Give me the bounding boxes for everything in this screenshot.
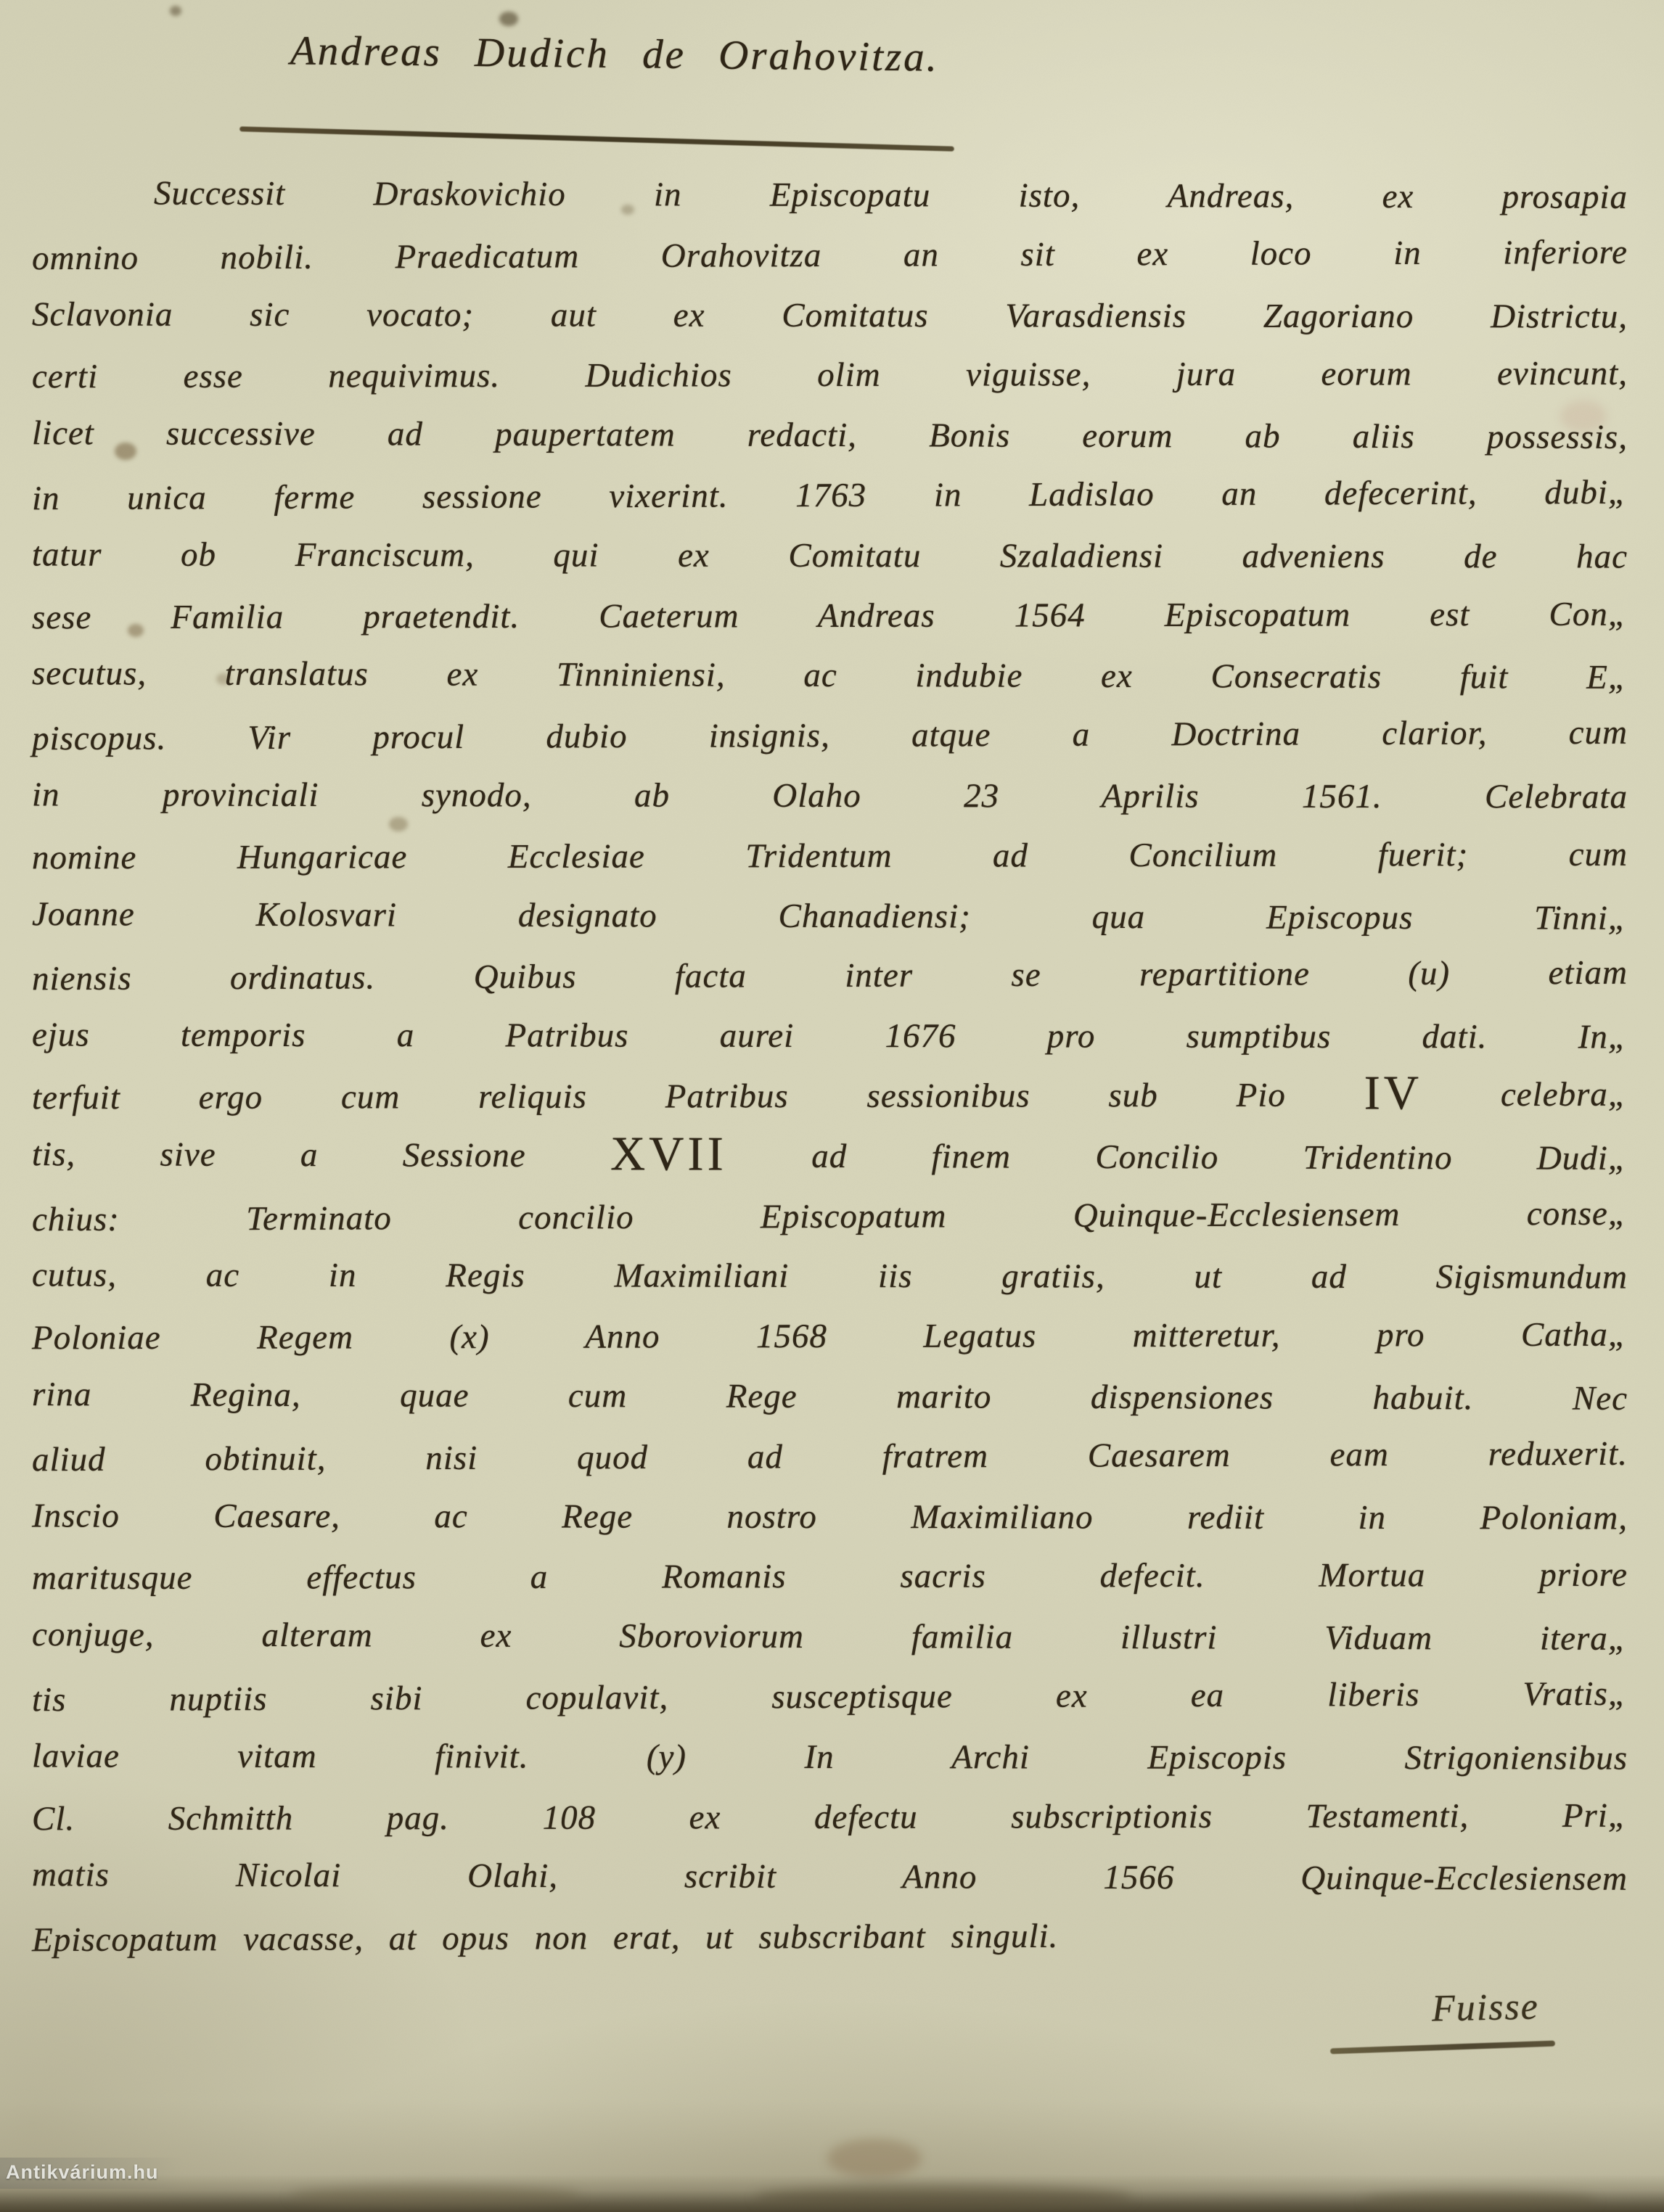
- page-edge-shadow: [290, 2186, 581, 2206]
- ink-stain: [170, 6, 181, 16]
- manuscript-body: Successit Draskovichio in Episcopatu ist…: [32, 165, 1628, 1968]
- manuscript-line: rina Regina, quae cum Rege marito dispen…: [32, 1365, 1628, 1429]
- ink-stain: [499, 12, 518, 26]
- manuscript-line: certi esse nequivimus. Dudichios olim vi…: [32, 344, 1628, 407]
- page-edge-shadow: [1364, 2192, 1597, 2211]
- manuscript-line: tis, sive a Sessione XVII ad finem Conci…: [32, 1124, 1628, 1189]
- antikvarium-watermark: Antikvárium.hu: [0, 2158, 184, 2189]
- manuscript-line: chius: Terminato concilio Episcopatum Qu…: [32, 1183, 1628, 1249]
- paper-stain: [827, 2139, 922, 2178]
- manuscript-line: in unica ferme sessione vixerint. 1763 i…: [32, 463, 1628, 529]
- manuscript-line: laviae vitam finivit. (y) In Archi Episc…: [32, 1726, 1628, 1788]
- manuscript-line: in provinciali synodo, ab Olaho 23 April…: [32, 765, 1628, 827]
- manuscript-line: maritusque effectus a Romanis sacris def…: [32, 1545, 1628, 1608]
- manuscript-line: piscopus. Vir procul dubio insignis, atq…: [32, 703, 1628, 769]
- manuscript-line: sese Familia praetendit. Caeterum Andrea…: [32, 584, 1628, 647]
- roman-numeral: IV: [1364, 1066, 1423, 1119]
- manuscript-page: Andreas Dudich de Orahovitza. Successit …: [0, 0, 1664, 2212]
- manuscript-line: tis nuptiis sibi copulavit, susceptisque…: [32, 1664, 1628, 1730]
- catchword-underline-stroke: [1330, 2041, 1555, 2055]
- manuscript-line: Successit Draskovichio in Episcopatu ist…: [32, 163, 1628, 228]
- manuscript-line: terfuit ergo cum reliquis Patribus sessi…: [32, 1065, 1628, 1128]
- manuscript-line: Inscio Caesare, ac Rege nostro Maximilia…: [32, 1486, 1628, 1548]
- manuscript-line: Episcopatum vacasse, at opus non erat, u…: [32, 1904, 1628, 1970]
- manuscript-line: licet successive ad paupertatem redacti,…: [32, 403, 1628, 468]
- roman-numeral: XVII: [610, 1127, 727, 1180]
- manuscript-line: tatur ob Franciscum, qui ex Comitatu Sza…: [32, 525, 1628, 587]
- manuscript-line: matis Nicolai Olahi, scribit Anno 1566 Q…: [32, 1845, 1628, 1909]
- manuscript-line: nomine Hungaricae Ecclesiae Tridentum ad…: [32, 824, 1628, 887]
- manuscript-line: cutus, ac in Regis Maximiliani iis grati…: [32, 1246, 1628, 1308]
- manuscript-line: conjuge, alteram ex Sboroviorum familia …: [32, 1605, 1628, 1669]
- manuscript-line: niensis ordinatus. Quibus facta inter se…: [32, 943, 1628, 1009]
- manuscript-line: omnino nobili. Praedicatum Orahovitza an…: [32, 223, 1628, 289]
- manuscript-line: Cl. Schmitth pag. 108 ex defectu subscri…: [32, 1785, 1628, 1849]
- manuscript-line: secutus, translatus ex Tinniniensi, ac i…: [32, 644, 1628, 708]
- manuscript-line: ejus temporis a Patribus aurei 1676 pro …: [32, 1006, 1628, 1068]
- catchword: Fuisse: [1432, 1985, 1540, 2030]
- manuscript-line: Joanne Kolosvari designato Chanadiensi; …: [32, 884, 1628, 949]
- manuscript-line: Poloniae Regem (x) Anno 1568 Legatus mit…: [32, 1305, 1628, 1368]
- title-underline-stroke: [239, 126, 954, 152]
- manuscript-title: Andreas Dudich de Orahovitza.: [290, 27, 940, 81]
- manuscript-line: aliud obtinuit, nisi quod ad fratrem Cae…: [32, 1424, 1628, 1490]
- page-edge-shadow: [755, 2186, 1132, 2209]
- manuscript-line: Sclavonia sic vocato; aut ex Comitatus V…: [32, 284, 1628, 347]
